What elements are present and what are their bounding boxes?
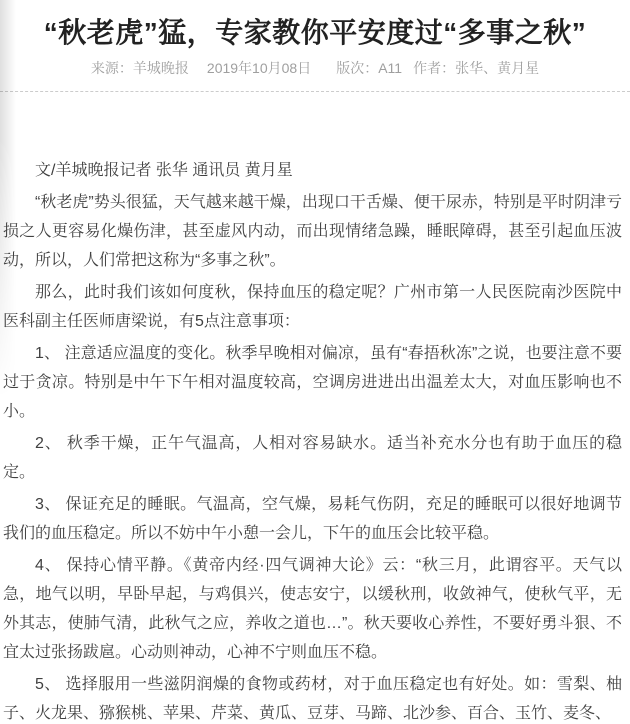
tip-5-paragraph: 5、 选择服用一些滋阴润燥的食物或药材，对于血压稳定也有好处。如：雪梨、柚子、火… xyxy=(3,670,622,724)
meta-date: 2019年10月08日 xyxy=(207,60,311,76)
intro-paragraph: “秋老虎”势头很猛，天气越来越干燥，出现口干舌燥、便干尿赤，特别是平时阴津亏损之… xyxy=(3,188,622,275)
meta-source: 来源：羊城晚报 xyxy=(91,60,189,76)
article-page: “秋老虎”猛，专家教你平安度过“多事之秋” 来源：羊城晚报2019年10月08日… xyxy=(0,0,630,724)
tip-4-paragraph: 4、 保持心情平静。《黄帝内经·四气调神大论》云：“秋三月，此谓容平。天气以急，… xyxy=(3,551,622,667)
lead-in-paragraph: 那么，此时我们该如何度秋，保持血压的稳定呢？广州市第一人民医院南沙医院中医科副主… xyxy=(3,278,622,336)
meta-edition: 版次：A11 xyxy=(336,60,402,76)
article-body: 文/羊城晚报记者 张华 通讯员 黄月星 “秋老虎”势头很猛，天气越来越干燥，出现… xyxy=(0,100,630,724)
meta-author: 作者：张华、黄月星 xyxy=(413,60,539,76)
article-meta: 来源：羊城晚报2019年10月08日版次：A11作者：张华、黄月星 xyxy=(0,58,630,78)
tip-1-paragraph: 1、 注意适应温度的变化。秋季早晚相对偏凉，虽有“春捂秋冻”之说，也要注意不要过… xyxy=(3,339,622,426)
header-divider xyxy=(0,91,630,92)
article-title: “秋老虎”猛，专家教你平安度过“多事之秋” xyxy=(28,16,602,50)
tip-2-paragraph: 2、 秋季干燥，正午气温高，人相对容易缺水。适当补充水分也有助于血压的稳定。 xyxy=(3,429,622,487)
byline-paragraph: 文/羊城晚报记者 张华 通讯员 黄月星 xyxy=(3,156,622,185)
tip-3-paragraph: 3、 保证充足的睡眠。气温高，空气燥，易耗气伤阴，充足的睡眠可以很好地调节我们的… xyxy=(3,490,622,548)
article-header: “秋老虎”猛，专家教你平安度过“多事之秋” 来源：羊城晚报2019年10月08日… xyxy=(0,0,630,78)
